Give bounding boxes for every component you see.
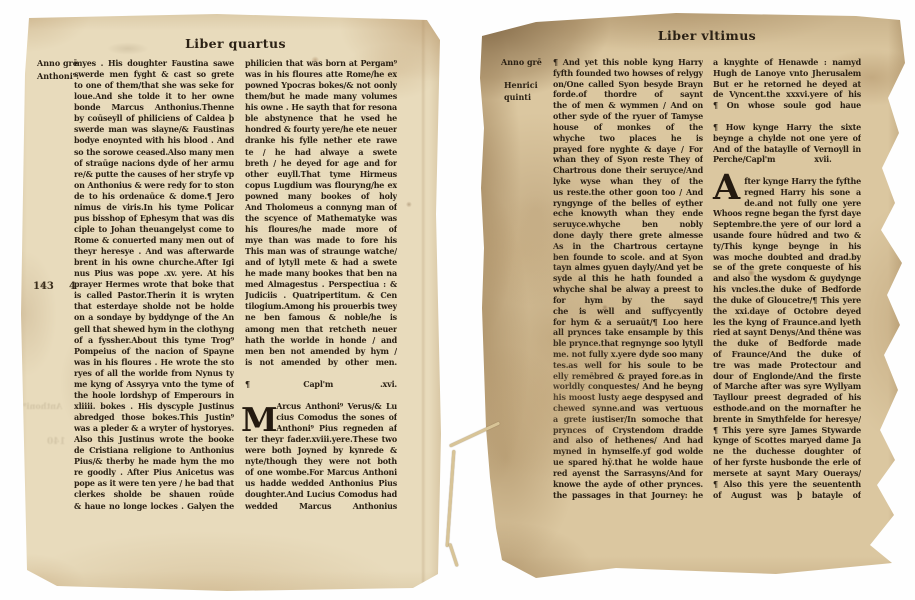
text-line: bodye enoynted with his blood . And [74, 135, 234, 146]
text-line: ryes of all the worlde from Nynus ty [74, 368, 234, 379]
right-page-margin-anno: Anno grē [501, 56, 542, 69]
text-line: ¶ And yet this noble kyng Harry the [553, 57, 703, 68]
text-line: to one of them/that she was seke for [74, 80, 234, 91]
text-line: copus Lugdium was flouryng/he ex [245, 180, 397, 191]
text-line: the of men & wymmen / And on that [553, 100, 703, 111]
text-line: Pius/& therby he made hym the mo [74, 456, 234, 467]
right-page-column-2: a knyghte of Henawde : namyd syreHugh de… [713, 57, 861, 500]
text-line: bonde Marcus Anthonius.Thenne [74, 102, 234, 113]
woodcut-initial-A: A [713, 170, 740, 205]
text-line: house of monkes of the Chartrous.in [553, 122, 703, 133]
text-line: ¶ On whose soule god haue mercy/ [713, 100, 861, 111]
text-line: ne ben famous & noble/he is hyghest [245, 312, 397, 323]
text-line: esthode.and on the mornafter he was [713, 403, 861, 414]
text-line: other euyll.That tyme Hirmeus epis [245, 169, 397, 180]
text-line: kynge of Scottes maryed dame Ja [713, 435, 861, 446]
text-line: ble abstynence that he vsed he lyued [245, 113, 397, 124]
text-line: chewed synne.and was vertuous and [553, 403, 703, 414]
photograph-of-two-incunable-leaves: { "colors": { "background": "#fefefe", "… [0, 0, 915, 600]
text-line: Tayllour preest degraded of his pre [713, 392, 861, 403]
text-line: powned Ypocras bokes/& not oonly [245, 80, 397, 91]
right-page-margin-henrici: Henrici [504, 79, 538, 92]
text-line: Also this Justinus wrote the booke [74, 434, 234, 445]
text-line: tes.as well for his soule to be perpetu [553, 360, 703, 371]
text-line: Whoos regne began the fyrst daye of [713, 208, 861, 219]
text-line: And of the bataylle of Vernoyll in [713, 144, 861, 155]
text-line: ¶ This yere syre James Stywarde [713, 425, 861, 436]
text-line: mye than was made to fore his tyme [245, 235, 397, 246]
text-line: brente in Smythfelde for heresye/ [713, 414, 861, 425]
text-line: doughter.And Lucius Comodus had [245, 489, 397, 500]
text-line: that esterdaye sholde not be holde but [74, 301, 234, 312]
text-line: ried at saynt Denys/And thēne was [713, 327, 861, 338]
text-line: eche knowyth whan they ende theyr [553, 208, 703, 219]
binding-thread [446, 450, 455, 547]
text-line: red ayenst the Sarrasyns/And for to [553, 468, 703, 479]
text-line: de Cristiana religione to Anthonius [74, 445, 234, 456]
text-line: nus Pius was pope .xv. yere. At his [74, 268, 234, 279]
text-line: de to his ordenaūce & dome.¶ Jero [74, 191, 234, 202]
text-line: wedded Marcus Anthonius doughter [245, 501, 397, 512]
text-line: other syde of the ryuer of Tamyse an [553, 111, 703, 122]
text-line: ciple to Johan theuangelyst come to [74, 224, 234, 235]
text-line: ue spared hȳ.that he wolde haue war [553, 457, 703, 468]
text-line: lyke wyse whan they of the Chartro [553, 176, 703, 187]
text-line: prayed fore nyghte & daye / For euer [553, 144, 703, 155]
text-line: dour of Englonde/And the firste day [713, 371, 861, 382]
text-line: prynces of Crystendom dradde hym [553, 425, 703, 436]
text-line: med Almagestus . Perspectiua : & in [245, 279, 397, 290]
text-line: ble prynce.that regnynge soo lytyll ty [553, 338, 703, 349]
text-line: the hoole lordshyp of Emperours in [74, 390, 234, 401]
text-line: nyte/though they were not both born [245, 456, 397, 467]
text-line: done dayly there grete almesse dedes/ [553, 230, 703, 241]
text-line: and also of hethenes/ And had deter [553, 435, 703, 446]
text-line: by coūseyll of philiciens of Caldea þ [74, 113, 234, 124]
left-page-running-title: Liber quartus [74, 36, 397, 51]
text-line: clerkes sholde be shauen roūde about [74, 489, 234, 500]
text-line: les the kyng of Fraunce.and lyeth bu [713, 317, 861, 328]
left-page-column-1: myes . His doughter Faustina saweswerde … [74, 58, 234, 512]
text-line: so the sorowe ceased.Also many men [74, 147, 234, 158]
margin-emperor-label: Anthoni⁹. [37, 70, 79, 83]
text-line: pope as it were ten yere / he bad that [74, 478, 234, 489]
text-line: tilogium.Among his prouerbis twey [245, 301, 397, 312]
right-page-running-title: Liber vltimus [553, 28, 861, 43]
text-line: of one wombe.For Marcus Anthoni [245, 467, 397, 478]
right-page-margin-quinti: quinti [504, 91, 531, 104]
text-line: tayn almes gyuen dayly/And yet be [553, 262, 703, 273]
woodcut-initial-M: M [241, 403, 278, 436]
text-line: de Vyncent.the xxxvi.yere of his age/ [713, 89, 861, 100]
text-line: tre was made Protectour and defen [713, 360, 861, 371]
show-through-ghost-text: Anthoni⁹ [23, 401, 62, 411]
text-line: is not amended by other men. [245, 357, 397, 368]
text-line: for hym & a seruaūt/¶ Loo here may [553, 317, 703, 328]
text-line: ben founde to scole. and at Syon cer [553, 252, 703, 263]
text-line: te / he had alwaye a swete smellynge [245, 147, 397, 158]
text-line: hath the worlde in honde / and other [245, 335, 397, 346]
text-line: As in the Chartrous certayne chyldrē [553, 241, 703, 252]
text-line: was a pleder & a wryter of hystoryes. [74, 423, 234, 434]
left-page-column-2: philicien that was born at Pergam⁹was in… [245, 58, 397, 512]
text-line: worldly conquestes/ And he beyng in [553, 381, 703, 392]
text-line: and also the wysdom & guydynge of [713, 273, 861, 284]
text-line: is called Pastor.Therin it is wryten [74, 290, 234, 301]
text-line: ne the duchesse doughter of Clarence [713, 446, 861, 457]
right-page: Liber vltimus Anno grē Henrici quinti ¶ … [476, 8, 906, 584]
text-line: This man was of straunge watche/ [245, 246, 397, 257]
text-line: he made many bookes that ben na [245, 268, 397, 279]
text-line: dranke his fylle nether ete rawe fruy [245, 135, 397, 146]
text-line [245, 368, 397, 379]
left-page-margin-note: Anno grē Anthoni⁹. [37, 57, 79, 82]
text-line: elly remēbred & prayed fore.as in his [553, 371, 703, 382]
text-line: abredged those bokes.This Justin⁹ [74, 412, 234, 423]
text-line: che is well and suffycyently endowed [553, 306, 703, 317]
text-line: of a fyssher.About this tyme Trog⁹ [74, 335, 234, 346]
text-line: hondred & fourty yere/he ete neuer ne [245, 124, 397, 135]
text-line: knowe the ayde of other prynces. & al [553, 479, 703, 490]
text-line: pus bisshop of Ephesym that was dis [74, 213, 234, 224]
text-line: ¶ Capl'm .xvi. [245, 379, 397, 390]
text-line: Septembre.the yere of our lord a tho [713, 219, 861, 230]
text-line: breth / he deyed for age and for none [245, 158, 397, 169]
text-line: a knyghte of Henawde : namyd syre [713, 57, 861, 68]
text-line: ¶ How kynge Harry the sixte regned [713, 122, 861, 133]
text-line: of Fraunce/And the duke of Glouce [713, 349, 861, 360]
show-through-ghost-number: 140 [47, 437, 66, 447]
text-line: beynge a chylde not one yere of aege/ [713, 133, 861, 144]
text-line: whyche shal be alway a preest to pray [553, 284, 703, 295]
text-line: brent in his owne churche.After Igi [74, 257, 234, 268]
text-line: his floures/he made more of Astrono [245, 224, 397, 235]
text-line: Judiciis . Quatripertitum. & Cen [245, 290, 397, 301]
text-line: swerde man was slayne/& Faustinas [74, 124, 234, 135]
binding-thread [448, 543, 458, 567]
text-line: of Marche after was syre Wyllyam [713, 381, 861, 392]
text-line: mersete at saynt Mary Ouerays/ [713, 468, 861, 479]
text-line: seruyce.whyche ben nobly endowed.& [553, 219, 703, 230]
margin-anno-label: Anno grē [37, 57, 79, 70]
text-line: us reste.the other goon too / And by þ [553, 187, 703, 198]
text-line: among men that retcheth neuer who [245, 324, 397, 335]
text-line: powned many bookes of holy wryte. [245, 191, 397, 202]
text-line: men ben not amended by hym / that [245, 346, 397, 357]
text-line: and of lytyll mete & had a swete breth [245, 257, 397, 268]
text-line: myned in hymselfe.yf god wolde ha [553, 446, 703, 457]
text-line: usande foure hūdred and two & twen [713, 230, 861, 241]
text-line: myes . His doughter Faustina sawe [74, 58, 234, 69]
text-line: me. not fully x.yere dyde soo many ac [553, 349, 703, 360]
text-line: nimus de viris.In his tyme Policar [74, 202, 234, 213]
text-line: And Tholomeus a connyng man of [245, 202, 397, 213]
text-line: me kyng of Assyrya vnto the tyme of [74, 379, 234, 390]
text-line: for hym by the sayd Chartrous/Why [553, 295, 703, 306]
text-line: Hugh de Lanoye vnto Jherusalem / [713, 68, 861, 79]
text-line: & haue no longe lockes . Galyen the [74, 501, 234, 512]
text-line: were both Joyned by kynrede & affy [245, 445, 397, 456]
text-line: was in his floures . He wrote the sto [74, 357, 234, 368]
left-page: Liber quartus Anno grē Anthoni⁹. 143 4 A… [17, 14, 443, 591]
text-line: philicien that was born at Pergam⁹ [245, 58, 397, 69]
text-line: gell that shewed hym in the clothyng [74, 324, 234, 335]
text-line: the scyence of Mathematyke was in [245, 213, 397, 224]
text-line: us hadde wedded Anthonius Pius [245, 478, 397, 489]
text-line: theyr heresye . And was afterwarde [74, 246, 234, 257]
text-line: on a sondaye by byddynge of the An [74, 312, 234, 323]
text-line: xliiii. bokes . His dyscyple Justinus [74, 401, 234, 412]
text-line: Chartrous done their seruyce/And in [553, 165, 703, 176]
text-line: ty/This kynge beynge in his cradyll [713, 241, 861, 252]
text-line: se of the grete conqueste of his fader/ [713, 262, 861, 273]
text-line: fyfth founded two howses of relygy [553, 68, 703, 79]
text-line: was in his floures atte Rome/he ex [245, 69, 397, 80]
text-line: was moche doubted and drad.by cau [713, 252, 861, 263]
text-line: his owne . He sayth that for resona [245, 102, 397, 113]
text-line: his moost lusty aege despysed and es [553, 392, 703, 403]
text-line: whan they of Syon reste They of the [553, 154, 703, 165]
text-line: ryngynge of the belles of eyther place [553, 198, 703, 209]
text-line: But er he retorned he deyed at Boys [713, 79, 861, 90]
text-line: re/& putte the causes of her stryfe vp [74, 169, 234, 180]
text-line: swerde men fyght & cast so grete loue [74, 69, 234, 80]
text-line: on/One called Syon besyde Brayn [553, 79, 703, 90]
text-line: loue.And she tolde it to her owne hus [74, 91, 234, 102]
text-line: the xxi.daye of Octobre deyed Char [713, 306, 861, 317]
text-line: Pompeius of the nacion of Spayne [74, 346, 234, 357]
text-line: the duke of Gloucetre/¶ This yere [713, 295, 861, 306]
margin-folio-number: 143 [33, 281, 54, 292]
text-line: the passages in that Journey: he sente [553, 490, 703, 501]
text-line [713, 111, 861, 122]
text-line: Rome & conuerted many men out of [74, 235, 234, 246]
text-line: on Anthonius & were redy for to ston [74, 180, 234, 191]
text-line: syde al this he hath founded a recluse [553, 273, 703, 284]
text-line: ¶ Also this yere the seuententh daye [713, 479, 861, 490]
text-line: whyche two places he is contynuelly [553, 133, 703, 144]
text-line: re goodly . After Pius Anicetus was [74, 467, 234, 478]
right-page-column-1: ¶ And yet this noble kyng Harry thefyfth… [553, 57, 703, 500]
text-line: them/but he made many volumes of [245, 91, 397, 102]
text-line: the duke of Bedforde made Regente [713, 338, 861, 349]
text-line: all prynces take ensample by this no [553, 327, 703, 338]
text-line: of straūge nacions dyde of her armu [74, 158, 234, 169]
text-line: forde.of thordre of saynt Brigytte.bo [553, 89, 703, 100]
text-line: Perche/Capl'm xvii. [713, 154, 861, 165]
text-line: prayer Hermes wrote that boke that [74, 279, 234, 290]
text-line: a grete iustiser/In somoche that all þ [553, 414, 703, 425]
text-line: of August was þ batayle of Vernayle [713, 490, 861, 501]
text-line: his vncles.the duke of Bedforde and [713, 284, 861, 295]
text-line: of her fyrste husbonde the erle of So [713, 457, 861, 468]
